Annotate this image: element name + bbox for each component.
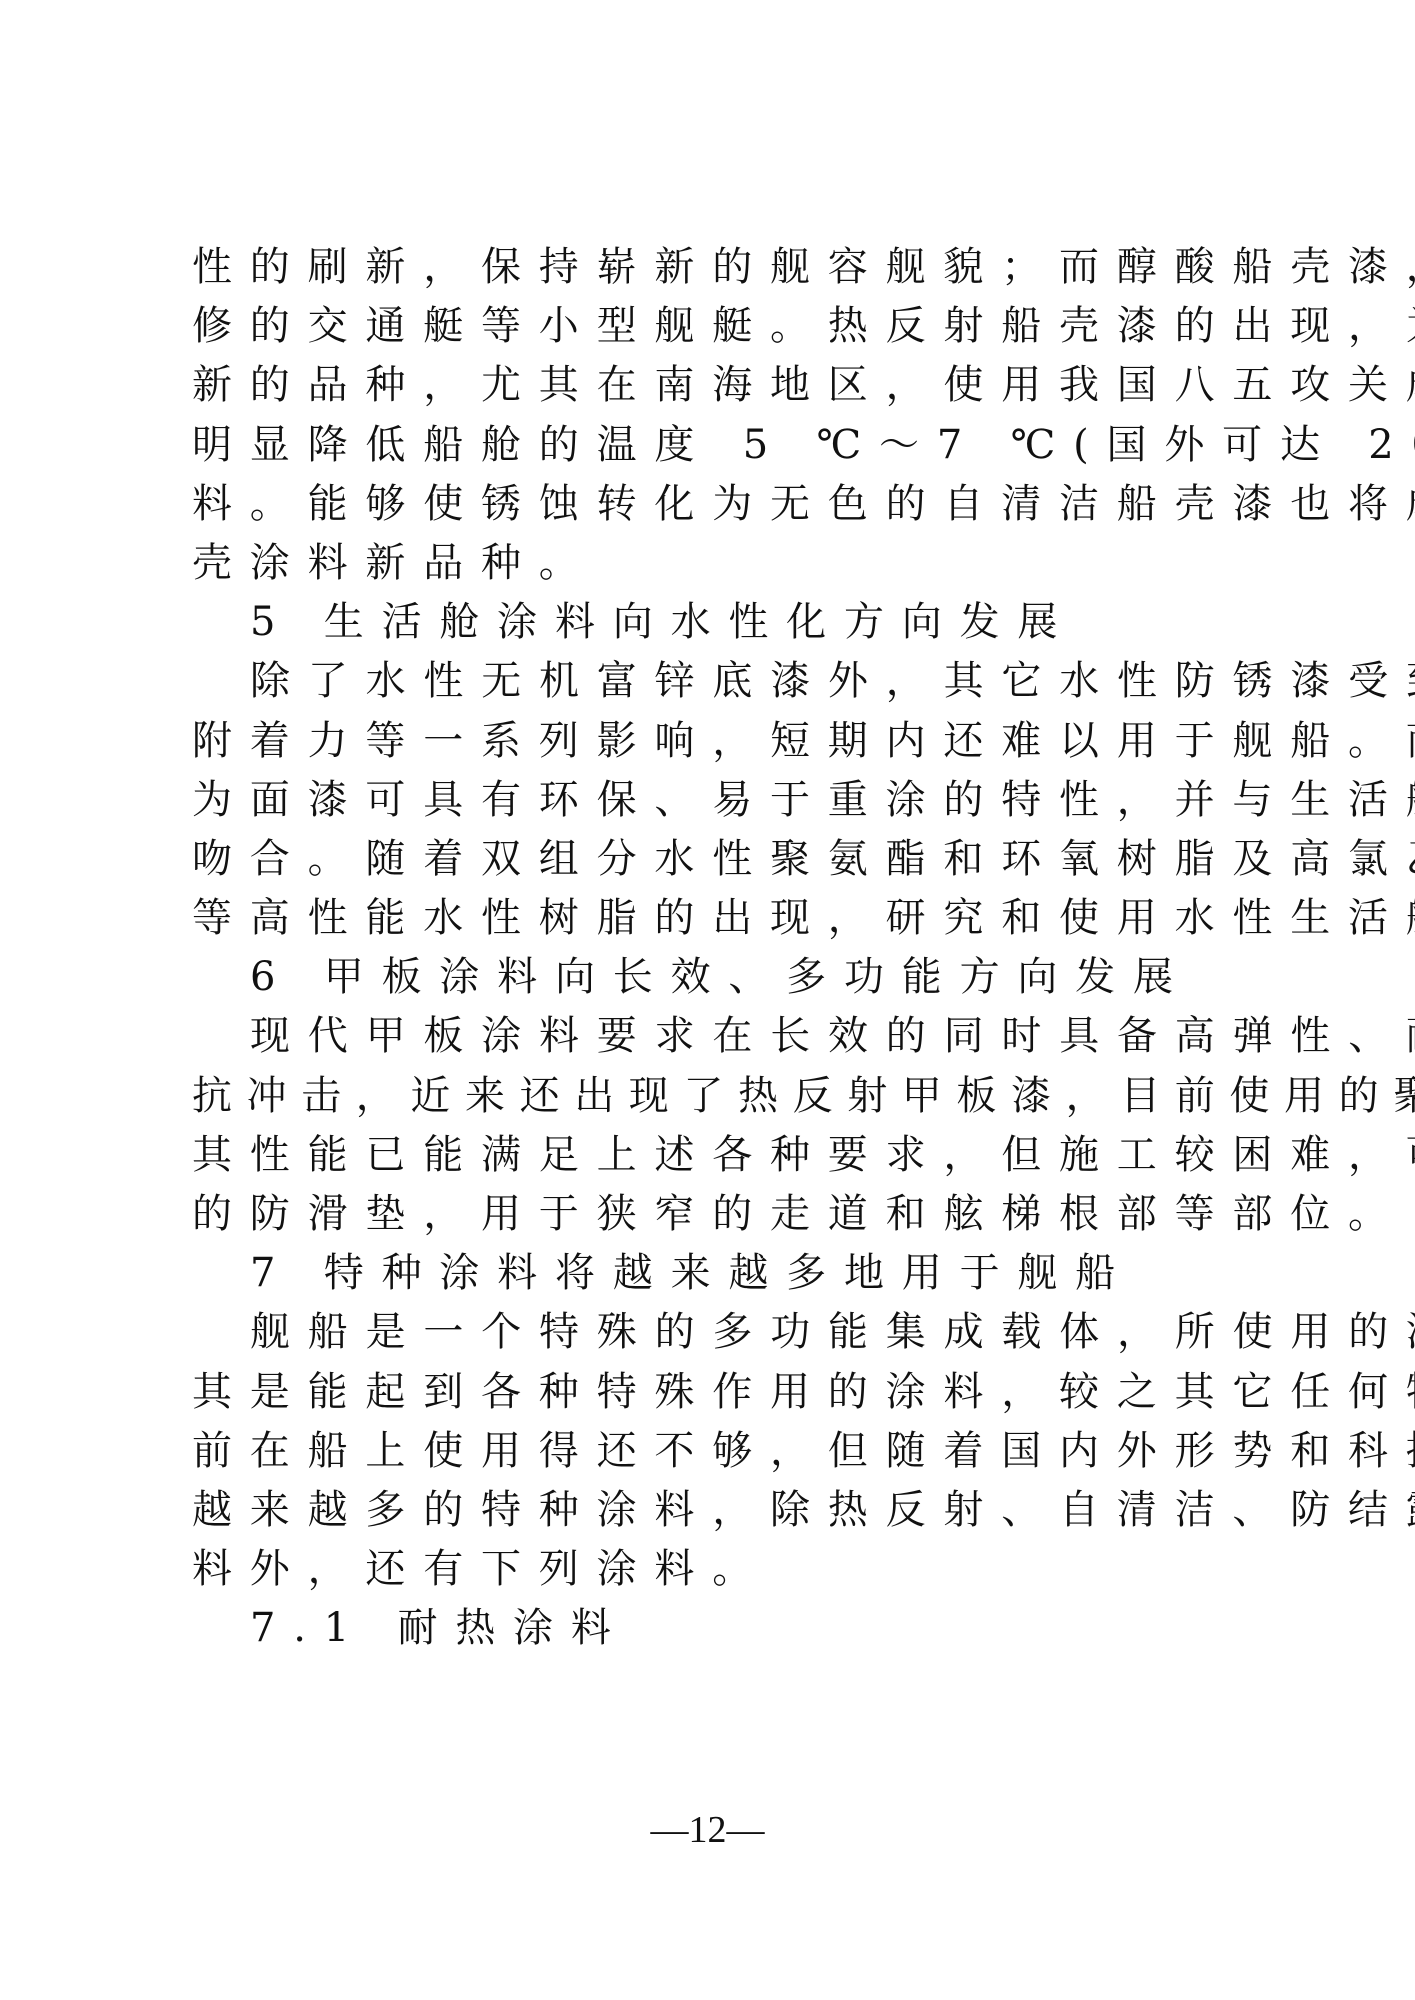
paragraph-line: 其是能起到各种特殊作用的涂料，较之其它任何物体都要多得多。目 [192,1363,1237,1422]
paragraph-line: 附着力等一系列影响，短期内还难以用于舰船。而水性生活舱漆，作 [192,712,1237,771]
subsection-heading-7-1: 7.1 耐热涂料 [192,1599,1237,1658]
paragraph-first-line: 舰船是一个特殊的多功能集成载体，所使用的涂料品种复杂，尤 [192,1303,1237,1362]
paragraph-line: 前在船上使用得还不够，但随着国内外形势和科技的发展，必将使用 [192,1422,1237,1481]
paragraph-line: 性的刷新，保持崭新的舰容舰貌；而醇酸船壳漆，可用于经常进行维 [192,238,1237,297]
section-heading-7: 7 特种涂料将越来越多地用于舰船 [192,1244,1237,1303]
paragraph-line: 抗冲击，近来还出现了热反射甲板漆，目前使用的聚氨酯弹性甲板漆， [192,1067,1237,1126]
paragraph-first-line: 除了水性无机富锌底漆外，其它水性防锈漆受到闪锈、水分挥发、 [192,652,1237,711]
paragraph-line: 修的交通艇等小型舰艇。热反射船壳漆的出现，为船壳漆增添了一个 [192,297,1237,356]
paragraph-line: 吻合。随着双组分水性聚氨酯和环氧树脂及高氯乙烯和改性醇酸乳液 [192,830,1237,889]
paragraph-line: 其性能已能满足上述各种要求，但施工较困难，可进一步开发成粘贴 [192,1126,1237,1185]
section-heading-6: 6 甲板涂料向长效、多功能方向发展 [192,948,1237,1007]
page-number: —12— [0,1806,1415,1854]
paragraph-line: 料。能够使锈蚀转化为无色的自清洁船壳漆也将成为另一种功能性船 [192,475,1237,534]
paragraph-line: 壳涂料新品种。 [192,534,1237,593]
paragraph-line: 为面漆可具有环保、易于重涂的特性，并与生活舱半光、亚光的要求 [192,771,1237,830]
paragraph-line: 越来越多的特种涂料，除热反射、自清洁、防结露、防冰冻等特种涂 [192,1481,1237,1540]
paragraph-line: 料外，还有下列涂料。 [192,1540,1237,1599]
paragraph-line: 明显降低船舱的温度 5 ℃～7 ℃(国外可达 20 ℃)，是新一代船壳涂 [192,416,1237,475]
document-page: 性的刷新，保持崭新的舰容舰貌；而醇酸船壳漆，可用于经常进行维 修的交通艇等小型舰… [0,0,1415,2000]
section-heading-5: 5 生活舱涂料向水性化方向发展 [192,593,1237,652]
paragraph-line: 等高性能水性树脂的出现，研究和使用水性生活舱涂料已成为必然。 [192,889,1237,948]
paragraph-first-line: 现代甲板涂料要求在长效的同时具备高弹性、耐磨防滑、轻质、 [192,1007,1237,1066]
body-text: 性的刷新，保持崭新的舰容舰貌；而醇酸船壳漆，可用于经常进行维 修的交通艇等小型舰… [192,238,1237,1659]
paragraph-line: 新的品种，尤其在南海地区，使用我国八五攻关成果的该类型涂料可 [192,356,1237,415]
paragraph-line: 的防滑垫，用于狭窄的走道和舷梯根部等部位。 [192,1185,1237,1244]
